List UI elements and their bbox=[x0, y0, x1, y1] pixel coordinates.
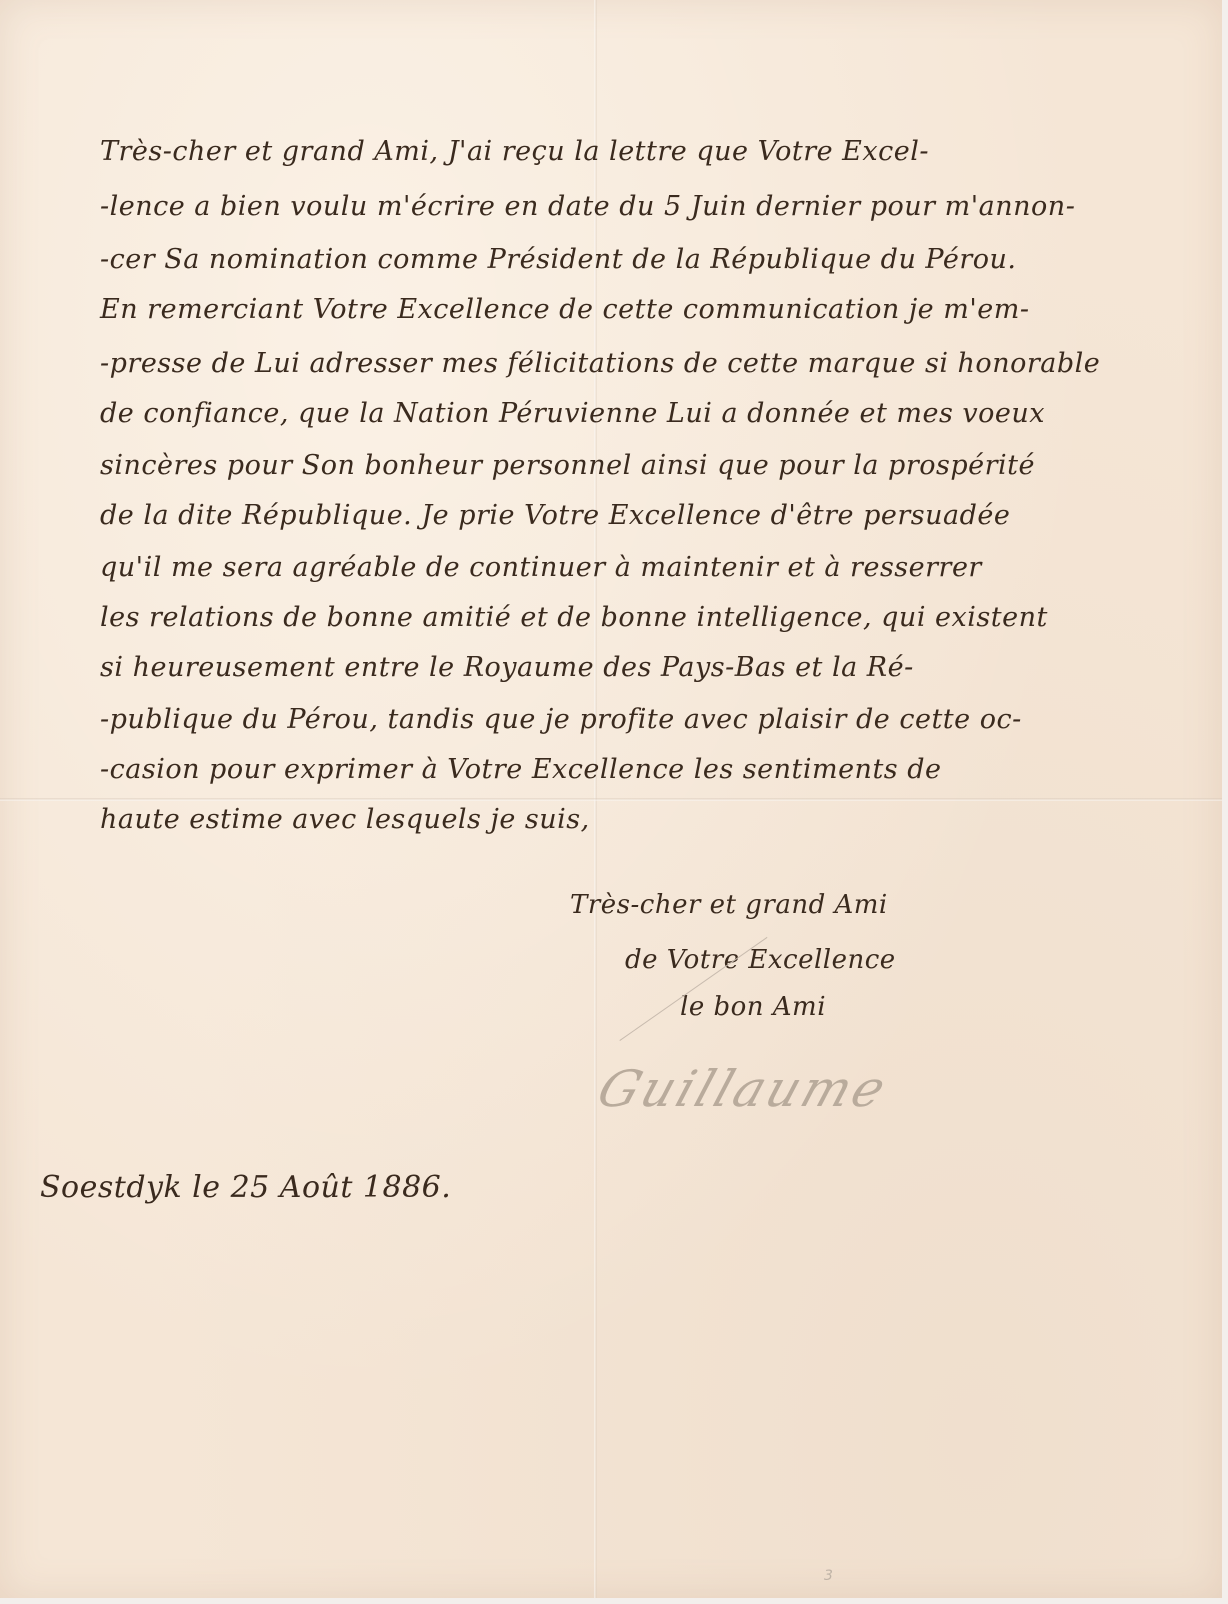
closing-line-3: le bon Ami bbox=[680, 992, 826, 1022]
body-line-12: -publique du Pérou, tandis que je profit… bbox=[100, 706, 1200, 733]
scan-edge-bottom bbox=[0, 1598, 1228, 1604]
body-line-7: sincères pour Son bonheur personnel ains… bbox=[100, 452, 1200, 479]
closing-line-2: de Votre Excellence bbox=[625, 945, 896, 975]
horizontal-fold-line bbox=[0, 798, 1222, 801]
scan-edge-right bbox=[1222, 0, 1228, 1604]
body-line-3: -cer Sa nomination comme Président de la… bbox=[100, 246, 1200, 273]
body-line-10: les relations de bonne amitié et de bonn… bbox=[100, 604, 1200, 631]
closing-line-1: Très-cher et grand Ami bbox=[570, 890, 888, 920]
place-and-date: Soestdyk le 25 Août 1886. bbox=[40, 1170, 451, 1205]
signature: Guillaume bbox=[591, 1060, 896, 1118]
body-line-14: haute estime avec lesquels je suis, bbox=[100, 806, 1200, 833]
letter-paper: Très-cher et grand Ami, J'ai reçu la let… bbox=[0, 0, 1222, 1598]
body-line-9: qu'il me sera agréable de continuer à ma… bbox=[100, 554, 1200, 581]
body-line-13: -casion pour exprimer à Votre Excellence… bbox=[100, 756, 1200, 783]
body-line-5: -presse de Lui adresser mes félicitation… bbox=[100, 350, 1200, 377]
body-line-4: En remerciant Votre Excellence de cette … bbox=[100, 296, 1200, 323]
body-line-6: de confiance, que la Nation Péruvienne L… bbox=[100, 400, 1200, 427]
body-line-11: si heureusement entre le Royaume des Pay… bbox=[100, 654, 1200, 681]
body-line-8: de la dite République. Je prie Votre Exc… bbox=[100, 502, 1200, 529]
body-line-1: Très-cher et grand Ami, J'ai reçu la let… bbox=[100, 138, 1200, 165]
pencil-page-mark: 3 bbox=[824, 1568, 833, 1584]
body-line-2: -lence a bien voulu m'écrire en date du … bbox=[100, 193, 1200, 220]
